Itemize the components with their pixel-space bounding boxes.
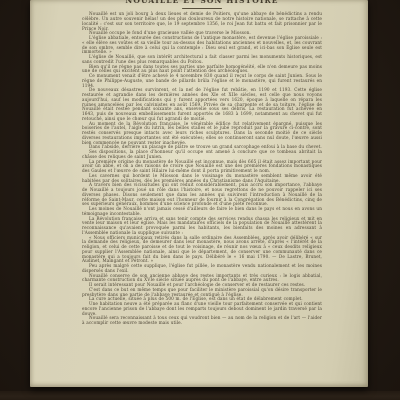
background-bottom-edge [0,391,400,400]
document-paragraph: De nouveaux désastres survinrent, et la … [82,88,322,121]
photo-background: NOUAILLÉ ET SON HISTOIRE Nouaillé est un… [0,0,400,400]
document-paragraph: Ce monument venait d'être achevé le 4 no… [82,74,322,88]
title-rule [182,8,222,9]
document-paragraph: La Révolution française arriva et sans t… [82,217,322,236]
document-paragraph: Au moment de la Révolution française, le… [82,122,322,146]
document-paragraph: Nouaillé sera reconnaissant à tous ceux … [82,316,322,326]
document-paragraph: L'église abbatiale, entourée des constru… [82,36,322,55]
document-paragraph: Une habitation neuve a été préparée au f… [82,302,322,316]
document-title: NOUAILLÉ ET SON HISTOIRE [82,0,322,5]
document-body: Nouaillé est un joli bourg à deux lieues… [82,12,322,326]
document-page: NOUAILLÉ ET SON HISTOIRE Nouaillé est un… [30,0,368,387]
document-paragraph: Nouaillé est un joli bourg à deux lieues… [82,12,322,31]
document-paragraph: A travers bien des vicissitudes qui ont … [82,183,322,207]
document-paragraph: La première origine du monastère de Noua… [82,160,322,174]
document-paragraph: « Nous officiers municipaux retirés dans… [82,236,322,265]
